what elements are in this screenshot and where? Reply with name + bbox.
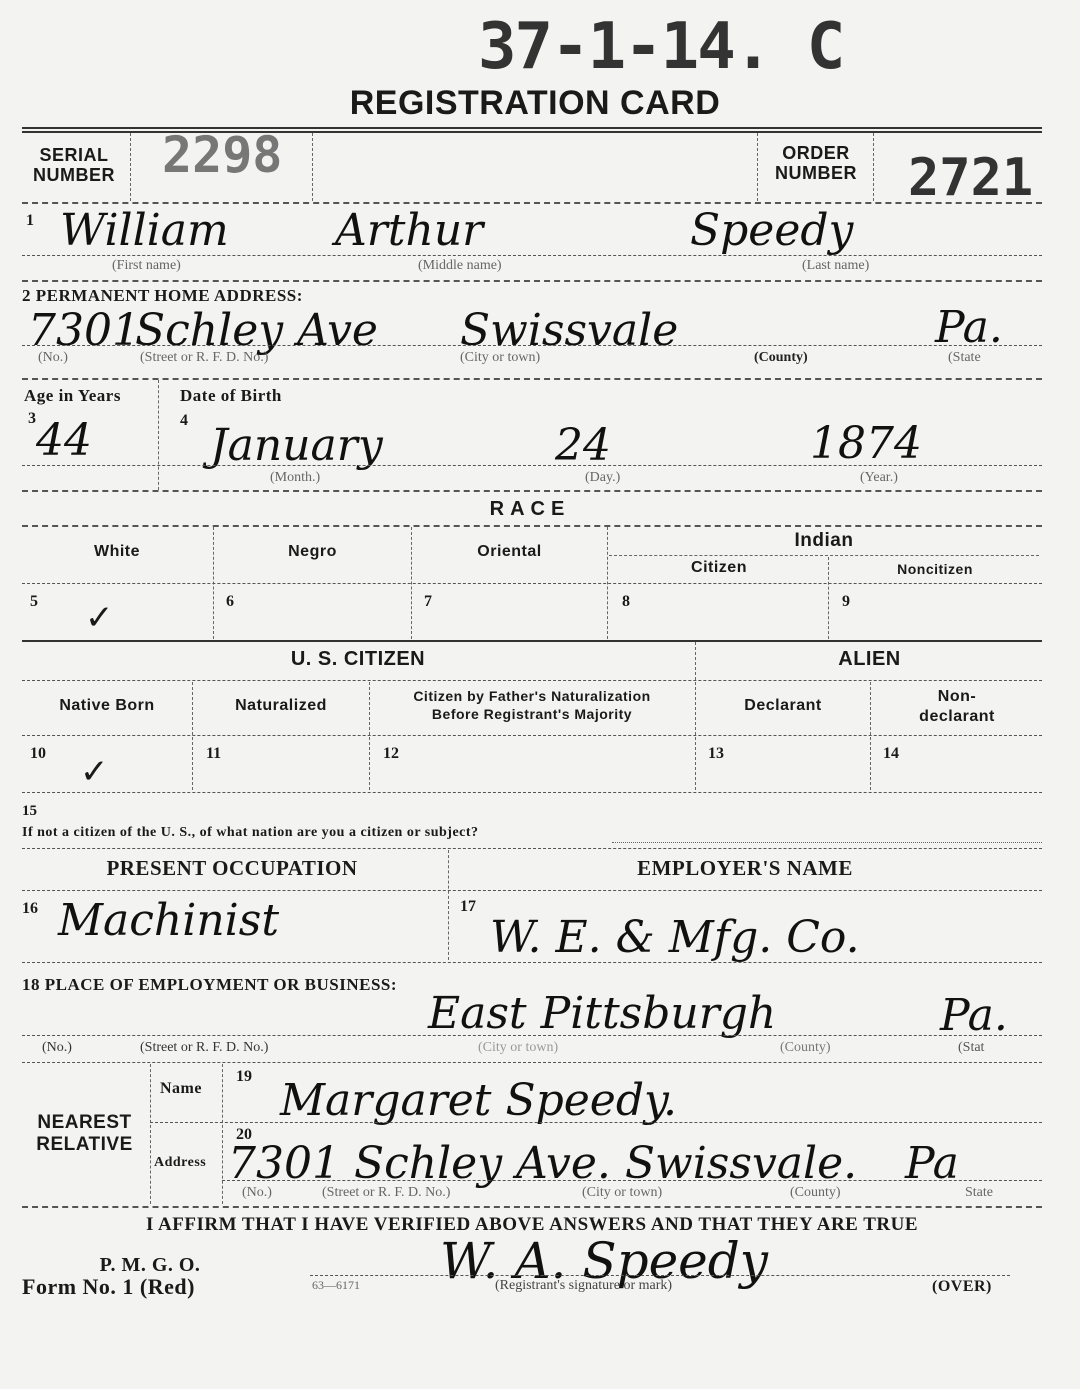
home-address-label: 2 PERMANENT HOME ADDRESS:: [22, 286, 303, 306]
relative-state: Pa: [905, 1138, 959, 1189]
first-name: William: [60, 205, 229, 256]
file-stamp: 37-1-14. C: [478, 10, 843, 84]
age-value: 44: [36, 415, 92, 466]
employer-value: W. E. & Mfg. Co.: [490, 912, 860, 963]
order-number-label: ORDER NUMBER: [762, 143, 870, 183]
registration-card: 37-1-14. C REGISTRATION CARD SERIAL NUMB…: [0, 0, 1080, 1389]
serial-number-label: SERIAL NUMBER: [24, 145, 124, 185]
relative-name: Margaret Speedy.: [280, 1075, 677, 1126]
native-born-check-mark: ✓: [80, 752, 109, 792]
employment-state: Pa.: [940, 990, 1008, 1041]
home-city: Swissvale: [460, 305, 678, 356]
birth-month: January: [210, 420, 383, 471]
home-number: 7301: [28, 305, 140, 356]
birth-day: 24: [555, 420, 611, 471]
relative-address: 7301 Schley Ave. Swissvale.: [228, 1138, 857, 1189]
card-title: REGISTRATION CARD: [300, 84, 770, 123]
white-check-mark: ✓: [85, 598, 114, 638]
alien-title: ALIEN: [697, 648, 1042, 671]
us-citizen-title: U. S. CITIZEN: [22, 648, 694, 671]
middle-name: Arthur: [335, 205, 483, 256]
race-title: RACE: [430, 498, 630, 521]
serial-number-value: 2298: [162, 126, 282, 184]
birth-year: 1874: [810, 418, 922, 469]
occupation-value: Machinist: [58, 895, 279, 946]
last-name: Speedy: [690, 205, 853, 256]
order-number-value: 2721: [908, 148, 1033, 208]
employment-city: East Pittsburgh: [428, 988, 776, 1039]
home-street: Schley Ave: [135, 305, 378, 356]
